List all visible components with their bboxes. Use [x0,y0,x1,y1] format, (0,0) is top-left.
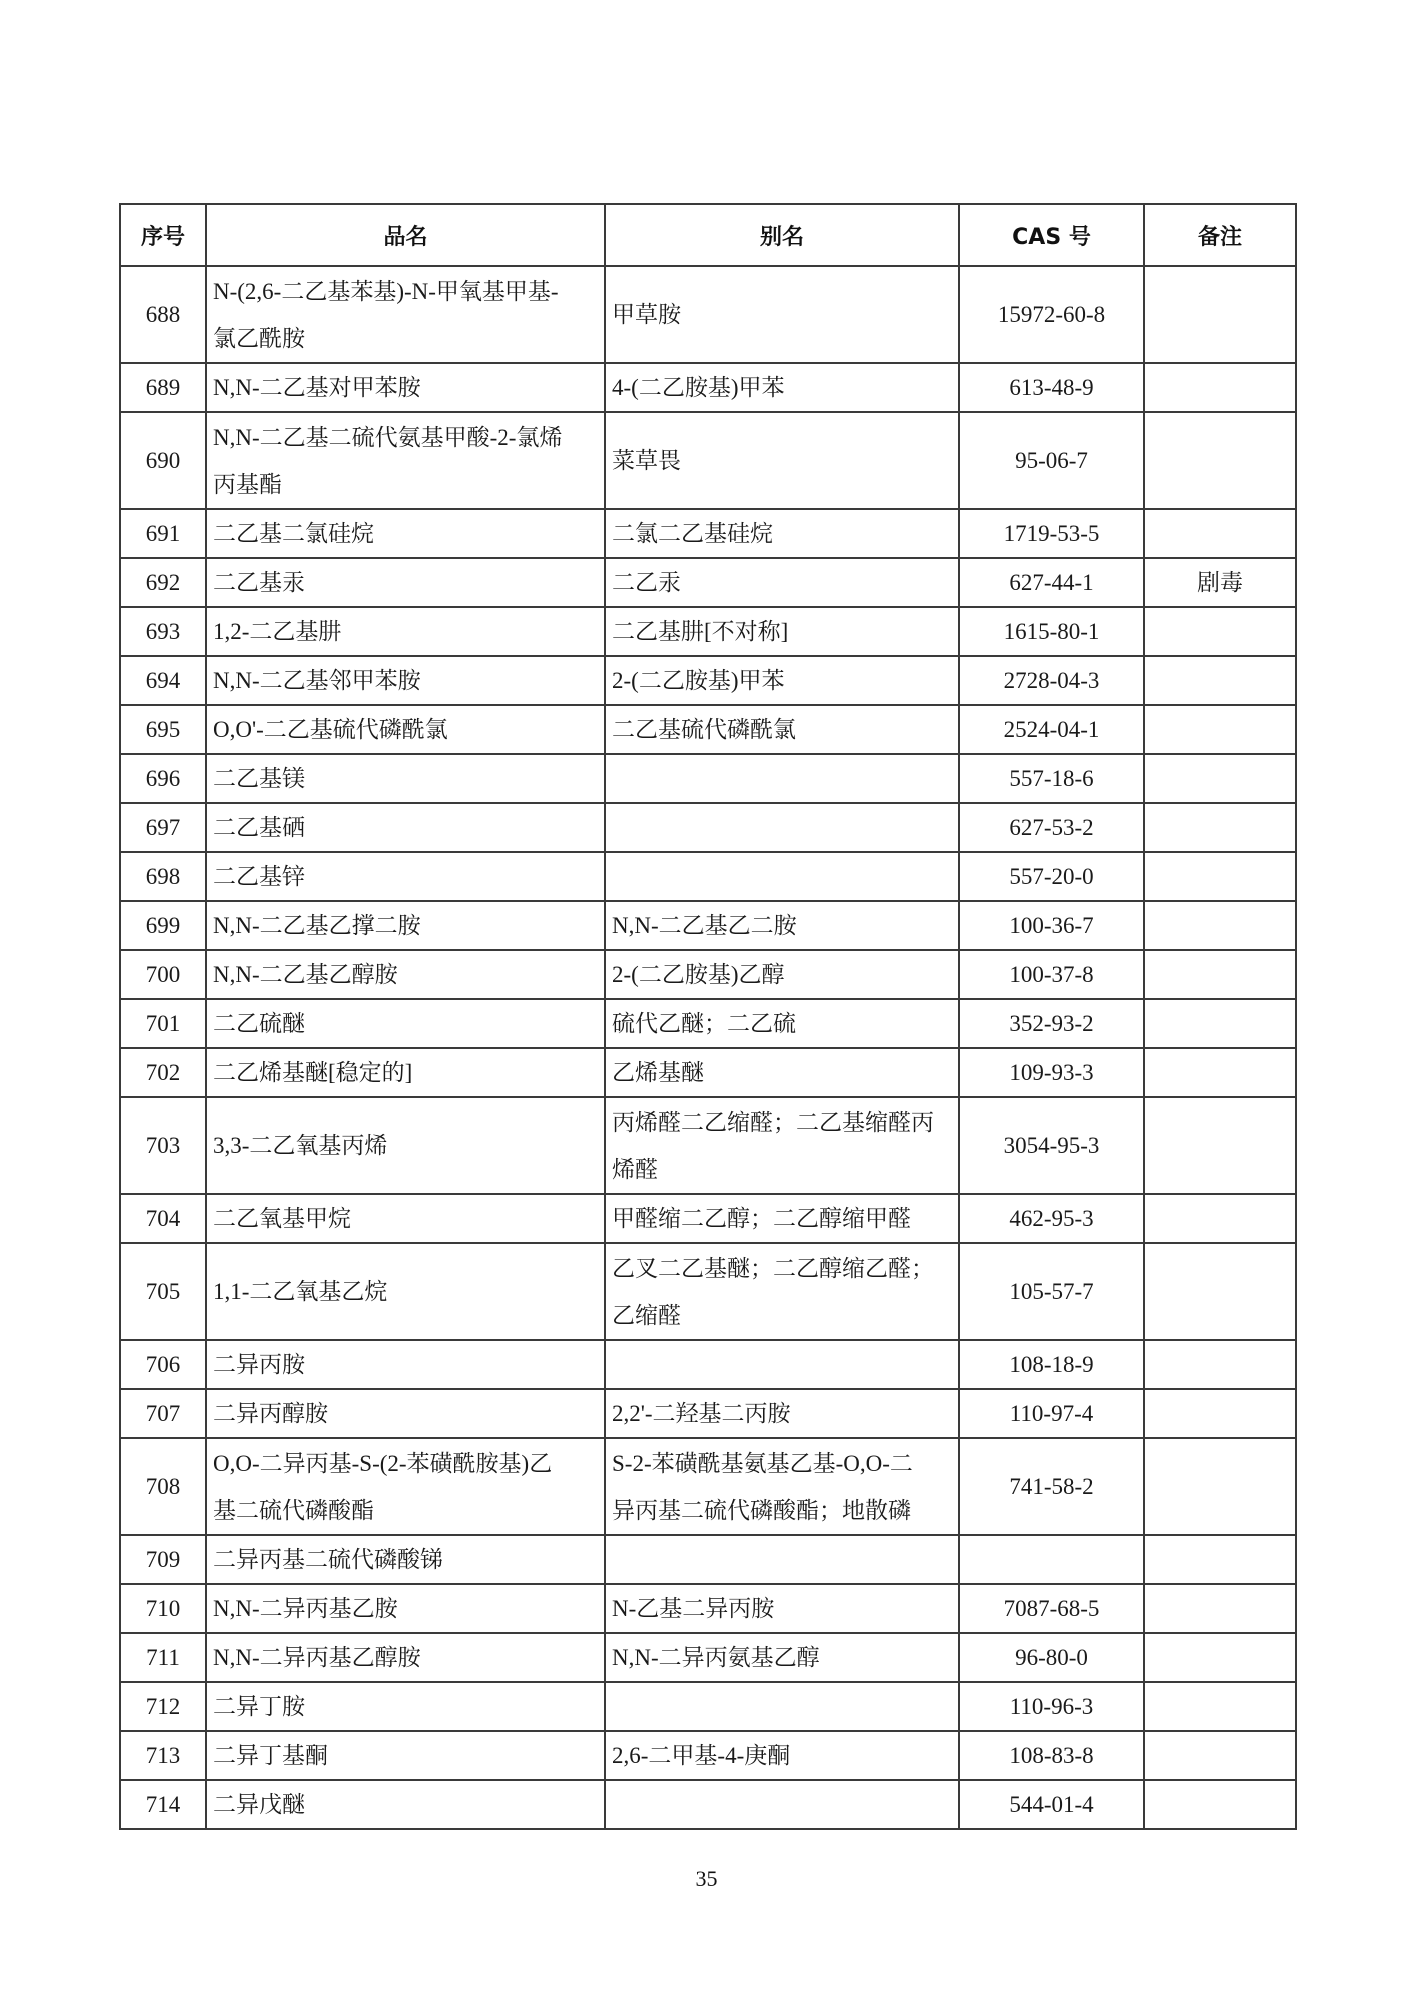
table-row: 6931,2-二乙基肼二乙基肼[不对称]1615-80-1 [120,607,1296,656]
cell-serial-number: 700 [120,950,206,999]
cell-product-name: 1,2-二乙基肼 [206,607,605,656]
alias-line: 2,6-二甲基-4-庚酮 [612,1743,790,1768]
cell-remarks [1144,1731,1296,1780]
alias-line: 异丙基二硫代磷酸酯；地散磷 [612,1487,958,1534]
table-row: 7051,1-二乙氧基乙烷乙叉二乙基醚；二乙醇缩乙醛；乙缩醛105-57-7 [120,1243,1296,1340]
cell-cas-number: 109-93-3 [959,1048,1144,1097]
alias-line: N,N-二异丙氨基乙醇 [612,1645,820,1670]
cell-cas-number: 2524-04-1 [959,705,1144,754]
cell-alias [605,852,959,901]
table-header-row: 序号 品名 别名 CAS 号 备注 [120,204,1296,266]
cell-remarks [1144,705,1296,754]
cell-serial-number: 714 [120,1780,206,1829]
product-name-line: N,N-二乙基邻甲苯胺 [213,668,421,693]
cell-remarks [1144,266,1296,363]
cell-product-name: 二异丁基酮 [206,1731,605,1780]
cell-serial-number: 696 [120,754,206,803]
cell-alias: 4-(二乙胺基)甲苯 [605,363,959,412]
table-row: 690N,N-二乙基二硫代氨基甲酸-2-氯烯丙基酯菜草畏95-06-7 [120,412,1296,509]
product-name-line: 二异丙胺 [213,1352,305,1377]
cell-serial-number: 689 [120,363,206,412]
table-row: 706二异丙胺108-18-9 [120,1340,1296,1389]
page-number: 35 [0,1866,1413,1892]
cell-cas-number: 557-20-0 [959,852,1144,901]
cell-serial-number: 690 [120,412,206,509]
cell-alias [605,803,959,852]
header-serial-number: 序号 [120,204,206,266]
table-row: 707二异丙醇胺2,2'-二羟基二丙胺110-97-4 [120,1389,1296,1438]
table-row: 688N-(2,6-二乙基苯基)-N-甲氧基甲基-氯乙酰胺甲草胺15972-60… [120,266,1296,363]
alias-line: 2,2'-二羟基二丙胺 [612,1401,791,1426]
cell-product-name: N,N-二乙基对甲苯胺 [206,363,605,412]
table-row: 698二乙基锌557-20-0 [120,852,1296,901]
cell-alias [605,754,959,803]
cell-alias: 丙烯醛二乙缩醛；二乙基缩醛丙烯醛 [605,1097,959,1194]
cell-serial-number: 710 [120,1584,206,1633]
cell-alias: 二乙基肼[不对称] [605,607,959,656]
product-name-line: 二乙基汞 [213,570,305,595]
cell-serial-number: 693 [120,607,206,656]
table-row: 704二乙氧基甲烷甲醛缩二乙醇；二乙醇缩甲醛462-95-3 [120,1194,1296,1243]
cell-remarks [1144,509,1296,558]
cell-product-name: 二乙基二氯硅烷 [206,509,605,558]
cell-serial-number: 706 [120,1340,206,1389]
cell-alias: 2,6-二甲基-4-庚酮 [605,1731,959,1780]
product-name-line: N,N-二异丙基乙醇胺 [213,1645,421,1670]
cell-serial-number: 688 [120,266,206,363]
product-name-line: 二异丁胺 [213,1694,305,1719]
cell-alias: 二氯二乙基硅烷 [605,509,959,558]
cell-alias: 甲醛缩二乙醇；二乙醇缩甲醛 [605,1194,959,1243]
cell-remarks [1144,1780,1296,1829]
cell-alias: 菜草畏 [605,412,959,509]
cell-product-name: 二异丙胺 [206,1340,605,1389]
alias-line: 4-(二乙胺基)甲苯 [612,375,784,400]
cell-cas-number: 557-18-6 [959,754,1144,803]
cell-product-name: 二乙基汞 [206,558,605,607]
cell-serial-number: 703 [120,1097,206,1194]
cell-product-name: 二异丙醇胺 [206,1389,605,1438]
cell-serial-number: 704 [120,1194,206,1243]
cell-alias: 硫代乙醚；二乙硫 [605,999,959,1048]
table-row: 700N,N-二乙基乙醇胺2-(二乙胺基)乙醇100-37-8 [120,950,1296,999]
cell-cas-number: 7087-68-5 [959,1584,1144,1633]
table-row: 7033,3-二乙氧基丙烯丙烯醛二乙缩醛；二乙基缩醛丙烯醛3054-95-3 [120,1097,1296,1194]
alias-line: 二乙基肼[不对称] [612,619,788,644]
header-remarks: 备注 [1144,204,1296,266]
cell-remarks [1144,852,1296,901]
cell-alias [605,1682,959,1731]
product-name-line: 二乙基锌 [213,864,305,889]
alias-line: 2-(二乙胺基)甲苯 [612,668,784,693]
product-name-line: N,N-二乙基二硫代氨基甲酸-2-氯烯 [213,414,604,461]
header-cas-number: CAS 号 [959,204,1144,266]
cell-alias: 乙烯基醚 [605,1048,959,1097]
cell-alias: 乙叉二乙基醚；二乙醇缩乙醛；乙缩醛 [605,1243,959,1340]
cell-cas-number: 95-06-7 [959,412,1144,509]
cell-remarks [1144,803,1296,852]
table-row: 709二异丙基二硫代磷酸锑 [120,1535,1296,1584]
alias-line: 乙叉二乙基醚；二乙醇缩乙醛； [612,1245,958,1292]
cell-serial-number: 698 [120,852,206,901]
table-row: 697二乙基硒627-53-2 [120,803,1296,852]
alias-line: 硫代乙醚；二乙硫 [612,1011,796,1036]
cell-alias: 二乙汞 [605,558,959,607]
cell-product-name: 二乙基硒 [206,803,605,852]
cell-cas-number: 1719-53-5 [959,509,1144,558]
cell-serial-number: 709 [120,1535,206,1584]
product-name-line: 二乙氧基甲烷 [213,1206,351,1231]
cell-alias [605,1535,959,1584]
cell-product-name: N,N-二乙基邻甲苯胺 [206,656,605,705]
cell-cas-number: 741-58-2 [959,1438,1144,1535]
cell-alias: 二乙基硫代磷酰氯 [605,705,959,754]
cell-remarks [1144,1048,1296,1097]
cell-product-name: N,N-二异丙基乙胺 [206,1584,605,1633]
alias-line: 2-(二乙胺基)乙醇 [612,962,784,987]
cell-product-name: 1,1-二乙氧基乙烷 [206,1243,605,1340]
cell-cas-number: 108-83-8 [959,1731,1144,1780]
table-row: 714二异戊醚544-01-4 [120,1780,1296,1829]
cell-alias: 2-(二乙胺基)乙醇 [605,950,959,999]
cell-serial-number: 702 [120,1048,206,1097]
cell-remarks [1144,1194,1296,1243]
cell-serial-number: 694 [120,656,206,705]
cell-alias: N-乙基二异丙胺 [605,1584,959,1633]
cell-serial-number: 695 [120,705,206,754]
alias-line: 二氯二乙基硅烷 [612,521,773,546]
cell-product-name: O,O-二异丙基-S-(2-苯磺酰胺基)乙基二硫代磷酸酯 [206,1438,605,1535]
cell-remarks [1144,1389,1296,1438]
cell-remarks [1144,950,1296,999]
cell-cas-number: 15972-60-8 [959,266,1144,363]
cell-cas-number: 100-37-8 [959,950,1144,999]
cell-product-name: 3,3-二乙氧基丙烯 [206,1097,605,1194]
alias-line: 甲草胺 [612,302,681,327]
product-name-line: 二异丙醇胺 [213,1401,328,1426]
alias-line: 菜草畏 [612,448,681,473]
table-row: 691二乙基二氯硅烷二氯二乙基硅烷1719-53-5 [120,509,1296,558]
cell-cas-number: 2728-04-3 [959,656,1144,705]
product-name-line: 丙基酯 [213,461,604,508]
cell-serial-number: 699 [120,901,206,950]
cell-alias: N,N-二乙基乙二胺 [605,901,959,950]
cell-serial-number: 691 [120,509,206,558]
cell-remarks [1144,1243,1296,1340]
cell-product-name: N-(2,6-二乙基苯基)-N-甲氧基甲基-氯乙酰胺 [206,266,605,363]
product-name-line: 二乙烯基醚[稳定的] [213,1060,412,1085]
cell-cas-number [959,1535,1144,1584]
cell-alias [605,1340,959,1389]
cell-alias: 2-(二乙胺基)甲苯 [605,656,959,705]
chemicals-table: 序号 品名 别名 CAS 号 备注 688N-(2,6-二乙基苯基)-N-甲氧基… [119,203,1297,1830]
product-name-line: N,N-二乙基乙撑二胺 [213,913,421,938]
alias-line: 二乙基硫代磷酰氯 [612,717,796,742]
document-page: 序号 品名 别名 CAS 号 备注 688N-(2,6-二乙基苯基)-N-甲氧基… [0,0,1413,2000]
alias-line: 烯醛 [612,1146,958,1193]
cell-remarks [1144,754,1296,803]
cell-product-name: 二异戊醚 [206,1780,605,1829]
table-row: 695O,O'-二乙基硫代磷酰氯二乙基硫代磷酰氯2524-04-1 [120,705,1296,754]
table-row: 696二乙基镁557-18-6 [120,754,1296,803]
alias-line: 丙烯醛二乙缩醛；二乙基缩醛丙 [612,1099,958,1146]
cell-serial-number: 712 [120,1682,206,1731]
cell-alias: 2,2'-二羟基二丙胺 [605,1389,959,1438]
table-row: 708O,O-二异丙基-S-(2-苯磺酰胺基)乙基二硫代磷酸酯S-2-苯磺酰基氨… [120,1438,1296,1535]
table-row: 713二异丁基酮2,6-二甲基-4-庚酮108-83-8 [120,1731,1296,1780]
table-row: 694N,N-二乙基邻甲苯胺2-(二乙胺基)甲苯2728-04-3 [120,656,1296,705]
cell-product-name: N,N-二乙基二硫代氨基甲酸-2-氯烯丙基酯 [206,412,605,509]
cell-product-name: O,O'-二乙基硫代磷酰氯 [206,705,605,754]
alias-line: 乙烯基醚 [612,1060,704,1085]
table-row: 712二异丁胺110-96-3 [120,1682,1296,1731]
cell-alias [605,1780,959,1829]
cell-cas-number: 3054-95-3 [959,1097,1144,1194]
cell-remarks [1144,999,1296,1048]
cell-remarks [1144,1682,1296,1731]
cell-remarks [1144,607,1296,656]
cell-product-name: 二乙烯基醚[稳定的] [206,1048,605,1097]
table-row: 689N,N-二乙基对甲苯胺4-(二乙胺基)甲苯613-48-9 [120,363,1296,412]
cell-cas-number: 627-44-1 [959,558,1144,607]
cell-cas-number: 544-01-4 [959,1780,1144,1829]
product-name-line: 二异丁基酮 [213,1743,328,1768]
product-name-line: 二乙基二氯硅烷 [213,521,374,546]
cell-product-name: N,N-二乙基乙撑二胺 [206,901,605,950]
product-name-line: 二乙硫醚 [213,1011,305,1036]
cell-serial-number: 708 [120,1438,206,1535]
product-name-line: 二乙基硒 [213,815,305,840]
cell-cas-number: 105-57-7 [959,1243,1144,1340]
cell-cas-number: 96-80-0 [959,1633,1144,1682]
cell-remarks [1144,1584,1296,1633]
cell-remarks [1144,363,1296,412]
table-row: 699N,N-二乙基乙撑二胺N,N-二乙基乙二胺100-36-7 [120,901,1296,950]
cell-cas-number: 100-36-7 [959,901,1144,950]
product-name-line: 二乙基镁 [213,766,305,791]
cell-remarks [1144,1633,1296,1682]
alias-line: N,N-二乙基乙二胺 [612,913,797,938]
cell-serial-number: 705 [120,1243,206,1340]
cell-product-name: 二乙基镁 [206,754,605,803]
alias-line: 甲醛缩二乙醇；二乙醇缩甲醛 [612,1206,911,1231]
alias-line: S-2-苯磺酰基氨基乙基-O,O-二 [612,1440,958,1487]
cell-serial-number: 707 [120,1389,206,1438]
product-name-line: N,N-二乙基对甲苯胺 [213,375,421,400]
product-name-line: N-(2,6-二乙基苯基)-N-甲氧基甲基- [213,268,604,315]
cell-remarks [1144,1438,1296,1535]
cell-product-name: 二乙基锌 [206,852,605,901]
cell-remarks: 剧毒 [1144,558,1296,607]
cell-cas-number: 352-93-2 [959,999,1144,1048]
cell-product-name: 二乙氧基甲烷 [206,1194,605,1243]
table-row: 701二乙硫醚硫代乙醚；二乙硫352-93-2 [120,999,1296,1048]
product-name-line: 氯乙酰胺 [213,315,604,362]
product-name-line: 1,2-二乙基肼 [213,619,341,644]
cell-serial-number: 692 [120,558,206,607]
alias-line: 乙缩醛 [612,1292,958,1339]
header-product-name: 品名 [206,204,605,266]
cell-cas-number: 627-53-2 [959,803,1144,852]
cell-serial-number: 711 [120,1633,206,1682]
table-row: 692二乙基汞二乙汞627-44-1剧毒 [120,558,1296,607]
cell-cas-number: 110-96-3 [959,1682,1144,1731]
cell-cas-number: 1615-80-1 [959,607,1144,656]
cell-alias: S-2-苯磺酰基氨基乙基-O,O-二异丙基二硫代磷酸酯；地散磷 [605,1438,959,1535]
cell-remarks [1144,1535,1296,1584]
cell-cas-number: 108-18-9 [959,1340,1144,1389]
cell-remarks [1144,901,1296,950]
cell-remarks [1144,656,1296,705]
product-name-line: N,N-二异丙基乙胺 [213,1596,398,1621]
product-name-line: 二异丙基二硫代磷酸锑 [213,1547,443,1572]
table-row: 702二乙烯基醚[稳定的]乙烯基醚109-93-3 [120,1048,1296,1097]
product-name-line: 基二硫代磷酸酯 [213,1487,604,1534]
cell-serial-number: 713 [120,1731,206,1780]
product-name-line: O,O-二异丙基-S-(2-苯磺酰胺基)乙 [213,1440,604,1487]
cell-product-name: 二异丁胺 [206,1682,605,1731]
cell-remarks [1144,412,1296,509]
cell-product-name: 二乙硫醚 [206,999,605,1048]
cell-cas-number: 110-97-4 [959,1389,1144,1438]
product-name-line: 1,1-二乙氧基乙烷 [213,1279,387,1304]
header-alias: 别名 [605,204,959,266]
cell-cas-number: 462-95-3 [959,1194,1144,1243]
product-name-line: O,O'-二乙基硫代磷酰氯 [213,717,448,742]
cell-product-name: 二异丙基二硫代磷酸锑 [206,1535,605,1584]
cell-cas-number: 613-48-9 [959,363,1144,412]
cell-alias: 甲草胺 [605,266,959,363]
cell-product-name: N,N-二异丙基乙醇胺 [206,1633,605,1682]
table-body: 688N-(2,6-二乙基苯基)-N-甲氧基甲基-氯乙酰胺甲草胺15972-60… [120,266,1296,1829]
cell-product-name: N,N-二乙基乙醇胺 [206,950,605,999]
alias-line: N-乙基二异丙胺 [612,1596,774,1621]
table-row: 710N,N-二异丙基乙胺N-乙基二异丙胺7087-68-5 [120,1584,1296,1633]
cell-serial-number: 701 [120,999,206,1048]
product-name-line: 3,3-二乙氧基丙烯 [213,1133,387,1158]
cell-alias: N,N-二异丙氨基乙醇 [605,1633,959,1682]
cell-remarks [1144,1097,1296,1194]
cell-remarks [1144,1340,1296,1389]
alias-line: 二乙汞 [612,570,681,595]
product-name-line: 二异戊醚 [213,1792,305,1817]
cell-serial-number: 697 [120,803,206,852]
table-row: 711N,N-二异丙基乙醇胺N,N-二异丙氨基乙醇96-80-0 [120,1633,1296,1682]
product-name-line: N,N-二乙基乙醇胺 [213,962,398,987]
